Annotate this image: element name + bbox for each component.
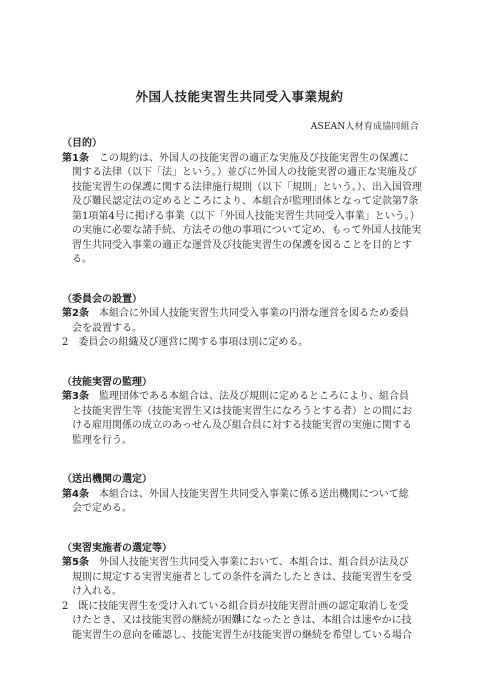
text-line: 第1条 この規約は、外国人の技能実習の適正な実施及び技能実習生の保護に bbox=[62, 152, 422, 167]
section: （目的）第1条 この規約は、外国人の技能実習の適正な実施及び技能実習生の保護に関… bbox=[62, 137, 422, 268]
section: （実習実施者の選定等）第5条 外国人技能実習生共同受入事業において、本組合は、組… bbox=[62, 542, 422, 644]
text-line: 2 委員会の組織及び運営に関する事項は別に定める。 bbox=[62, 336, 422, 351]
article-number: 第1条 bbox=[62, 153, 89, 164]
text-line: 関する法律（以下「法」という。）並びに外国人の技能実習の適正な実施及び bbox=[62, 166, 422, 181]
text-line: 2 既に技能実習生を受け入れている組合員が技能実習計画の認定取消しを受 bbox=[62, 600, 422, 615]
organization-name: ASEAN人材育成協同組合 bbox=[311, 119, 419, 132]
article-number: 第4条 bbox=[62, 489, 89, 500]
document-title: 外国人技能実習生共同受入事業規約 bbox=[0, 87, 479, 105]
article-number: 第5条 bbox=[62, 557, 89, 568]
text-line: 習生共同受入事業の適正な運営及び技能実習生の保護を図ることを目的とす bbox=[62, 239, 422, 254]
section-heading: （実習実施者の選定等） bbox=[62, 542, 422, 557]
article-number: 第2条 bbox=[62, 308, 89, 319]
text-line: 及び難民認定法の定めるところにより、本組合が監理団体となって定款第7条 bbox=[62, 195, 422, 210]
section: （技能実習の監理）第3条 監理団体である本組合は、法及び規則に定めるところにより… bbox=[62, 376, 422, 449]
section-heading: （委員会の設置） bbox=[62, 293, 422, 308]
text-line: け入れる。 bbox=[62, 585, 422, 600]
text-line: 会を設置する。 bbox=[62, 322, 422, 337]
section-heading: （送出機関の選定） bbox=[62, 473, 422, 488]
text-line: 能実習生の意向を確認し、技能実習生が技能実習の継続を希望している場合 bbox=[62, 629, 422, 644]
section-heading: （目的） bbox=[62, 137, 422, 152]
document-body: （目的）第1条 この規約は、外国人の技能実習の適正な実施及び技能実習生の保護に関… bbox=[62, 137, 422, 643]
text-line: 第5条 外国人技能実習生共同受入事業において、本組合は、組合員が法及び bbox=[62, 556, 422, 571]
text-line: と技能実習生等（技能実習生又は技能実習生になろうとする者）との間にお bbox=[62, 405, 422, 420]
document-page: 外国人技能実習生共同受入事業規約 ASEAN人材育成協同組合 （目的）第1条 こ… bbox=[0, 0, 479, 677]
text-line: 第4条 本組合は、外国人技能実習生共同受入事業に係る送出機関について総 bbox=[62, 488, 422, 503]
section: （送出機関の選定）第4条 本組合は、外国人技能実習生共同受入事業に係る送出機関に… bbox=[62, 473, 422, 517]
text-line: 第1項第4号に掲げる事業（以下「外国人技能実習生共同受入事業」という。） bbox=[62, 210, 422, 225]
text-line: 会で定める。 bbox=[62, 502, 422, 517]
text-line: る。 bbox=[62, 253, 422, 268]
text-line: の実施に必要な諸手続、方法その他の事項について定め、もって外国人技能実 bbox=[62, 224, 422, 239]
text-line: 規則に規定する実習実施者としての条件を満たしたときは、技能実習生を受 bbox=[62, 571, 422, 586]
text-line: 第2条 本組合に外国人技能実習生共同受入事業の円滑な運営を図るため委員 bbox=[62, 307, 422, 322]
text-line: 技能実習生の保護に関する法律施行規則（以下「規則」という。）、出入国管理 bbox=[62, 181, 422, 196]
text-line: 監理を行う。 bbox=[62, 434, 422, 449]
page-number: 1 bbox=[0, 613, 479, 624]
text-line: ける雇用関係の成立のあっせん及び組合員に対する技能実習の実施に関する bbox=[62, 419, 422, 434]
article-number: 第3条 bbox=[62, 391, 89, 402]
section: （委員会の設置）第2条 本組合に外国人技能実習生共同受入事業の円滑な運営を図るた… bbox=[62, 293, 422, 351]
text-line: 第3条 監理団体である本組合は、法及び規則に定めるところにより、組合員 bbox=[62, 390, 422, 405]
section-heading: （技能実習の監理） bbox=[62, 376, 422, 391]
